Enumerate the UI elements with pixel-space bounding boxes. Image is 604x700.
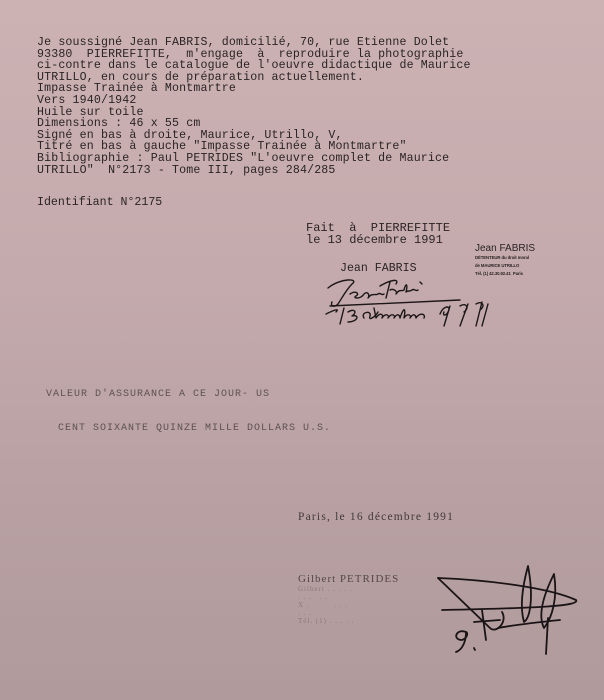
second-date-line: Paris, le 16 décembre 1991 [298, 511, 454, 523]
date-line: le 13 décembre 1991 [306, 234, 450, 246]
body-line: Dimensions : 46 x 55 cm [37, 118, 557, 130]
stamp-line: . . . . . [298, 593, 399, 601]
stamp-line: de MAURICE UTRILLO [475, 262, 535, 270]
body-line: Vers 1940/1942 [37, 95, 557, 107]
stamp-name: Jean FABRIS [475, 243, 535, 254]
stamp-line: . . . [298, 609, 399, 617]
place-and-date: Fait à PIERREFITTE le 13 décembre 1991 [306, 222, 450, 246]
body-line: Je soussigné Jean FABRIS, domicilié, 70,… [37, 37, 557, 49]
body-line: Bibliographie : Paul PETRIDES "L'oeuvre … [37, 153, 557, 165]
declaration-body: Je soussigné Jean FABRIS, domicilié, 70,… [37, 37, 557, 176]
identifiant-number: Identifiant N°2175 [37, 196, 162, 209]
handwritten-signature-petrides [430, 558, 580, 658]
stamp-line: Gilbert . . . . . [298, 585, 399, 593]
body-line: UTRILLO" N°2173 - Tome III, pages 284/28… [37, 165, 557, 177]
insurance-amount-line: CENT SOIXANTE QUINZE MILLE DOLLARS U.S. [58, 423, 331, 434]
insurance-value-line: VALEUR D'ASSURANCE A CE JOUR- US [46, 389, 270, 400]
stamp-line: X . . . . [298, 601, 399, 609]
document-page: Je soussigné Jean FABRIS, domicilié, 70,… [0, 0, 604, 700]
stamp-line: DÉTENTEUR du droit moral [475, 254, 535, 262]
petrides-stamp: Gilbert PETRIDES Gilbert . . . . . . . .… [298, 573, 399, 625]
handwritten-signature-fabris [320, 272, 550, 328]
stamp-name: Gilbert PETRIDES [298, 573, 399, 585]
stamp-line: Tél. (1) . . . . . [298, 617, 399, 625]
